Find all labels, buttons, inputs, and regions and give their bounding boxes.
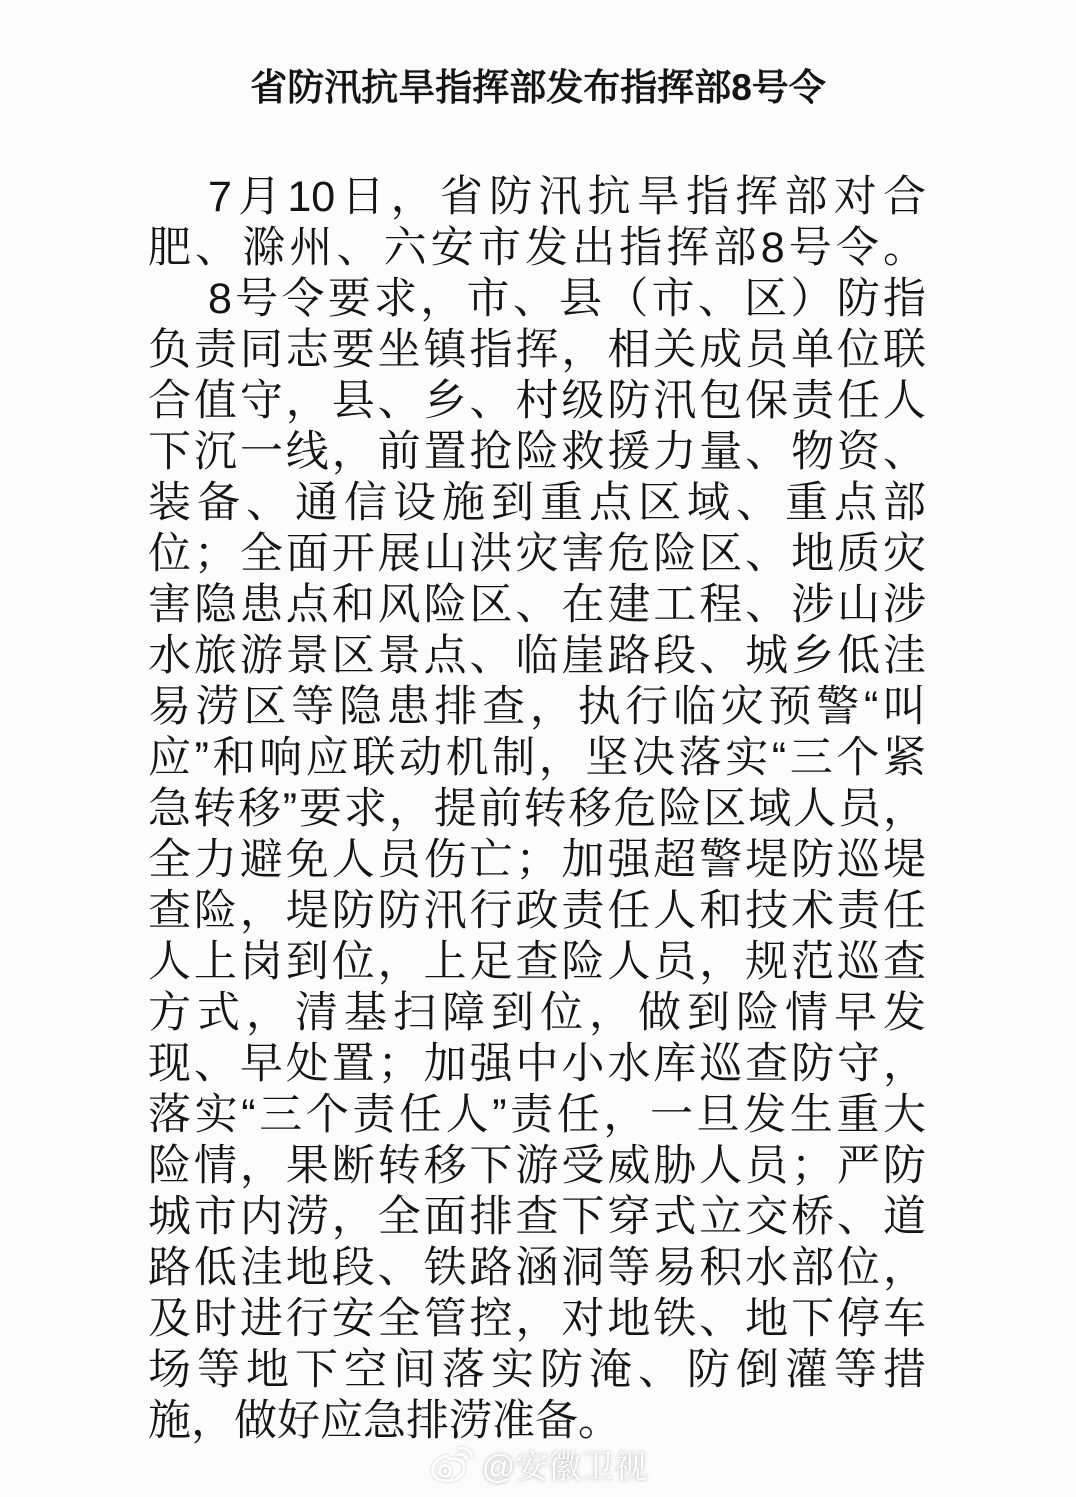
text-line: 查险，堤防防汛行政责任人和技术责任	[148, 886, 926, 937]
text-line: 人上岗到位，上足查险人员，规范巡查	[148, 937, 926, 988]
watermark: @安徽卫视	[0, 1441, 1076, 1488]
text-line: 下沉一线，前置抢险救援力量、物资、	[148, 427, 926, 478]
text-line: 施，做好应急排涝准备。	[148, 1396, 926, 1447]
text-line: 方式，清基扫障到位，做到险情早发	[148, 988, 926, 1039]
text-line: 及时进行安全管控，对地铁、地下停车	[148, 1294, 926, 1345]
text-line: 7月10日，省防汛抗旱指挥部对合	[148, 172, 926, 223]
text-line: 城市内涝，全面排查下穿式立交桥、道	[148, 1192, 926, 1243]
text-line: 害隐患点和风险区、在建工程、涉山涉	[148, 580, 926, 631]
text-line: 落实“三个责任人”责任，一旦发生重大	[148, 1090, 926, 1141]
text-line: 应”和响应联动机制，坚决落实“三个紧	[148, 733, 926, 784]
text-line: 路低洼地段、铁路涵洞等易积水部位，	[148, 1243, 926, 1294]
text-line: 负责同志要坐镇指挥，相关成员单位联	[148, 325, 926, 376]
text-line: 全力避免人员伤亡；加强超警堤防巡堤	[148, 835, 926, 886]
text-line: 位；全面开展山洪灾害危险区、地质灾	[148, 529, 926, 580]
text-line: 装备、通信设施到重点区域、重点部	[148, 478, 926, 529]
page-title: 省防汛抗旱指挥部发布指挥部8号令	[0, 66, 1076, 110]
text-line: 急转移”要求，提前转移危险区域人员，	[148, 784, 926, 835]
text-line: 8号令要求，市、县（市、区）防指	[148, 274, 926, 325]
text-line: 水旅游景区景点、临崖路段、城乡低洼	[148, 631, 926, 682]
document-body: 7月10日，省防汛抗旱指挥部对合肥、滁州、六安市发出指挥部8号令。8号令要求，市…	[148, 172, 926, 1447]
text-line: 易涝区等隐患排查，执行临灾预警“叫	[148, 682, 926, 733]
watermark-handle: @安徽卫视	[482, 1441, 648, 1488]
text-line: 合值守，县、乡、村级防汛包保责任人	[148, 376, 926, 427]
text-line: 场等地下空间落实防淹、防倒灌等措	[148, 1345, 926, 1396]
weibo-logo-icon	[429, 1446, 473, 1484]
text-line: 现、早处置；加强中小水库巡查防守，	[148, 1039, 926, 1090]
text-line: 险情，果断转移下游受威胁人员；严防	[148, 1141, 926, 1192]
text-line: 肥、滁州、六安市发出指挥部8号令。	[148, 223, 926, 274]
